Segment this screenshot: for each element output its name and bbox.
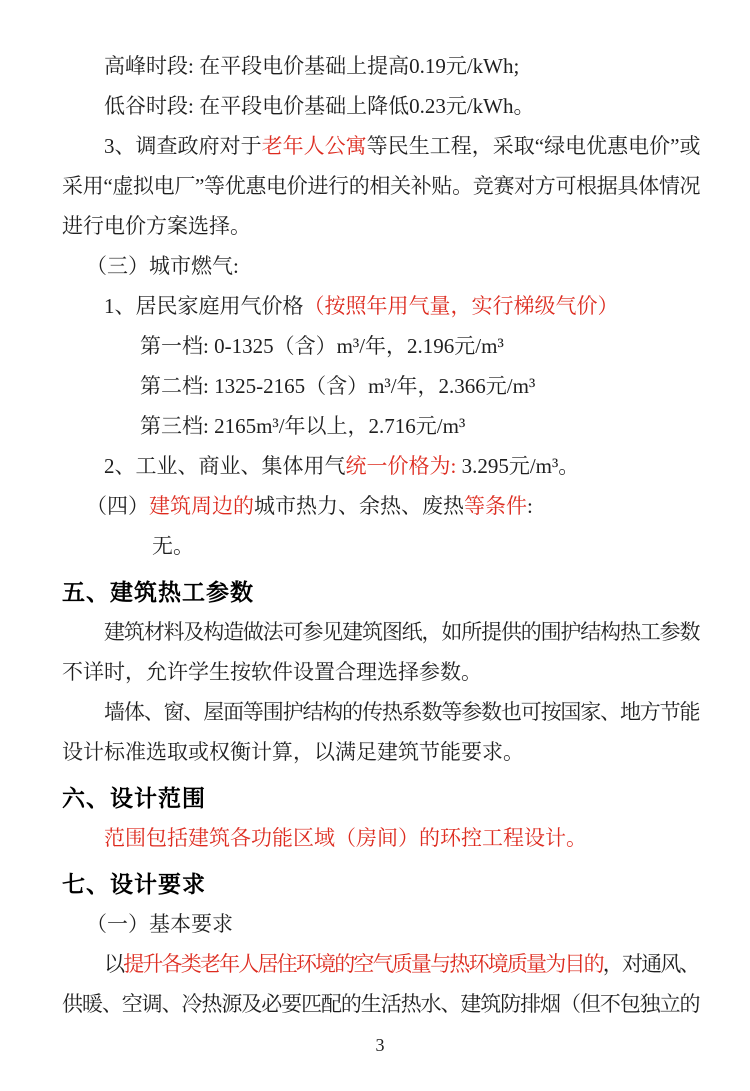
text-line: 无。 <box>62 526 698 566</box>
text-line: 第三档: 2165m³/年以上，2.716元/m³ <box>62 406 698 446</box>
text-line: 设计标准选取或权衡计算，以满足建筑节能要求。 <box>62 732 698 772</box>
text-line: 第二档: 1325-2165（含）m³/年，2.366元/m³ <box>62 366 698 406</box>
text-segment: 无。 <box>152 534 194 558</box>
text-segment: 以 <box>104 952 123 976</box>
document-page: 高峰时段: 在平段电价基础上提高0.19元/kWh;低谷时段: 在平段电价基础上… <box>0 0 750 1091</box>
text-segment: 1、居民家庭用气价格 <box>104 294 304 318</box>
text-line: 进行电价方案选择。 <box>62 206 698 246</box>
text-segment: 进行电价方案选择。 <box>62 214 251 238</box>
text-segment: 第三档: 2165m³/年以上，2.716元/m³ <box>140 414 465 438</box>
text-segment: 第二档: 1325-2165（含）m³/年，2.366元/m³ <box>140 374 535 398</box>
text-segment: 五、建筑热工参数 <box>62 579 254 605</box>
page-number: 3 <box>62 1030 698 1060</box>
text-segment: 等民生工程，采取“绿电优惠电价”或 <box>367 134 698 158</box>
text-segment: 高峰时段: 在平段电价基础上提高0.19元/kWh; <box>104 54 519 78</box>
text-line: 建筑材料及构造做法可参见建筑图纸，如所提供的围护结构热工参数 <box>62 612 698 652</box>
text-segment: 设计标准选取或权衡计算，以满足建筑节能要求。 <box>62 740 524 764</box>
text-segment: 低谷时段: 在平段电价基础上降低0.23元/kWh。 <box>104 94 535 118</box>
text-line: 3、调查政府对于老年人公寓等民生工程，采取“绿电优惠电价”或 <box>62 126 698 166</box>
red-emphasis-text: 等条件 <box>464 494 527 518</box>
text-segment: 3.295元/m³。 <box>456 454 579 478</box>
text-segment: 供暖、空调、冷热源及必要匹配的生活热水、建筑防排烟（但不包独立的 <box>62 992 698 1016</box>
text-segment: : <box>527 494 533 518</box>
section-heading: 六、设计范围 <box>62 778 698 818</box>
section-heading: 五、建筑热工参数 <box>62 572 698 612</box>
text-line: 以提升各类老年人居住环境的空气质量与热环境质量为目的，对通风、 <box>62 944 698 984</box>
text-line: 供暖、空调、冷热源及必要匹配的生活热水、建筑防排烟（但不包独立的 <box>62 984 698 1024</box>
text-line: 高峰时段: 在平段电价基础上提高0.19元/kWh; <box>62 46 698 86</box>
text-line: 第一档: 0-1325（含）m³/年，2.196元/m³ <box>62 326 698 366</box>
text-segment: 七、设计要求 <box>62 871 206 897</box>
text-segment: 第一档: 0-1325（含）m³/年，2.196元/m³ <box>140 334 504 358</box>
text-line: 2、工业、商业、集体用气统一价格为: 3.295元/m³。 <box>62 446 698 486</box>
text-segment: 不详时，允许学生按软件设置合理选择参数。 <box>62 660 482 684</box>
text-segment: （四） <box>86 494 149 518</box>
text-line: （一）基本要求 <box>62 904 698 944</box>
text-segment: ，对通风、 <box>603 952 698 976</box>
text-segment: 建筑材料及构造做法可参见建筑图纸，如所提供的围护结构热工参数 <box>104 620 698 644</box>
text-segment: （三）城市燃气: <box>86 254 239 278</box>
text-line: 低谷时段: 在平段电价基础上降低0.23元/kWh。 <box>62 86 698 126</box>
text-line: 1、居民家庭用气价格（按照年用气量，实行梯级气价） <box>62 286 698 326</box>
text-line: 不详时，允许学生按软件设置合理选择参数。 <box>62 652 698 692</box>
section-heading: 七、设计要求 <box>62 864 698 904</box>
text-segment: 3、调查政府对于 <box>104 134 262 158</box>
text-line: 范围包括建筑各功能区域（房间）的环控工程设计。 <box>62 818 698 858</box>
text-segment: 城市热力、余热、废热 <box>254 494 464 518</box>
text-segment: 采用“虚拟电厂”等优惠电价进行的相关补贴。竞赛对方可根据具体情况 <box>62 174 698 198</box>
document-body: 高峰时段: 在平段电价基础上提高0.19元/kWh;低谷时段: 在平段电价基础上… <box>62 46 698 1024</box>
red-emphasis-text: 统一价格为: <box>346 454 457 478</box>
red-emphasis-text: 提升各类老年人居住环境的空气质量与热环境质量为目的 <box>123 952 603 976</box>
text-line: （四）建筑周边的城市热力、余热、废热等条件: <box>62 486 698 526</box>
text-line: 采用“虚拟电厂”等优惠电价进行的相关补贴。竞赛对方可根据具体情况 <box>62 166 698 206</box>
text-segment: 2、工业、商业、集体用气 <box>104 454 346 478</box>
red-emphasis-text: 建筑周边的 <box>149 494 254 518</box>
red-emphasis-text: 老年人公寓 <box>262 134 367 158</box>
text-segment: （一）基本要求 <box>86 912 233 936</box>
text-line: （三）城市燃气: <box>62 246 698 286</box>
text-segment: 墙体、窗、屋面等围护结构的传热系数等参数也可按国家、地方节能 <box>104 700 698 724</box>
red-emphasis-text: （按照年用气量，实行梯级气价） <box>304 294 619 318</box>
text-segment: 六、设计范围 <box>62 785 206 811</box>
red-emphasis-text: 范围包括建筑各功能区域（房间）的环控工程设计。 <box>104 826 587 850</box>
text-line: 墙体、窗、屋面等围护结构的传热系数等参数也可按国家、地方节能 <box>62 692 698 732</box>
